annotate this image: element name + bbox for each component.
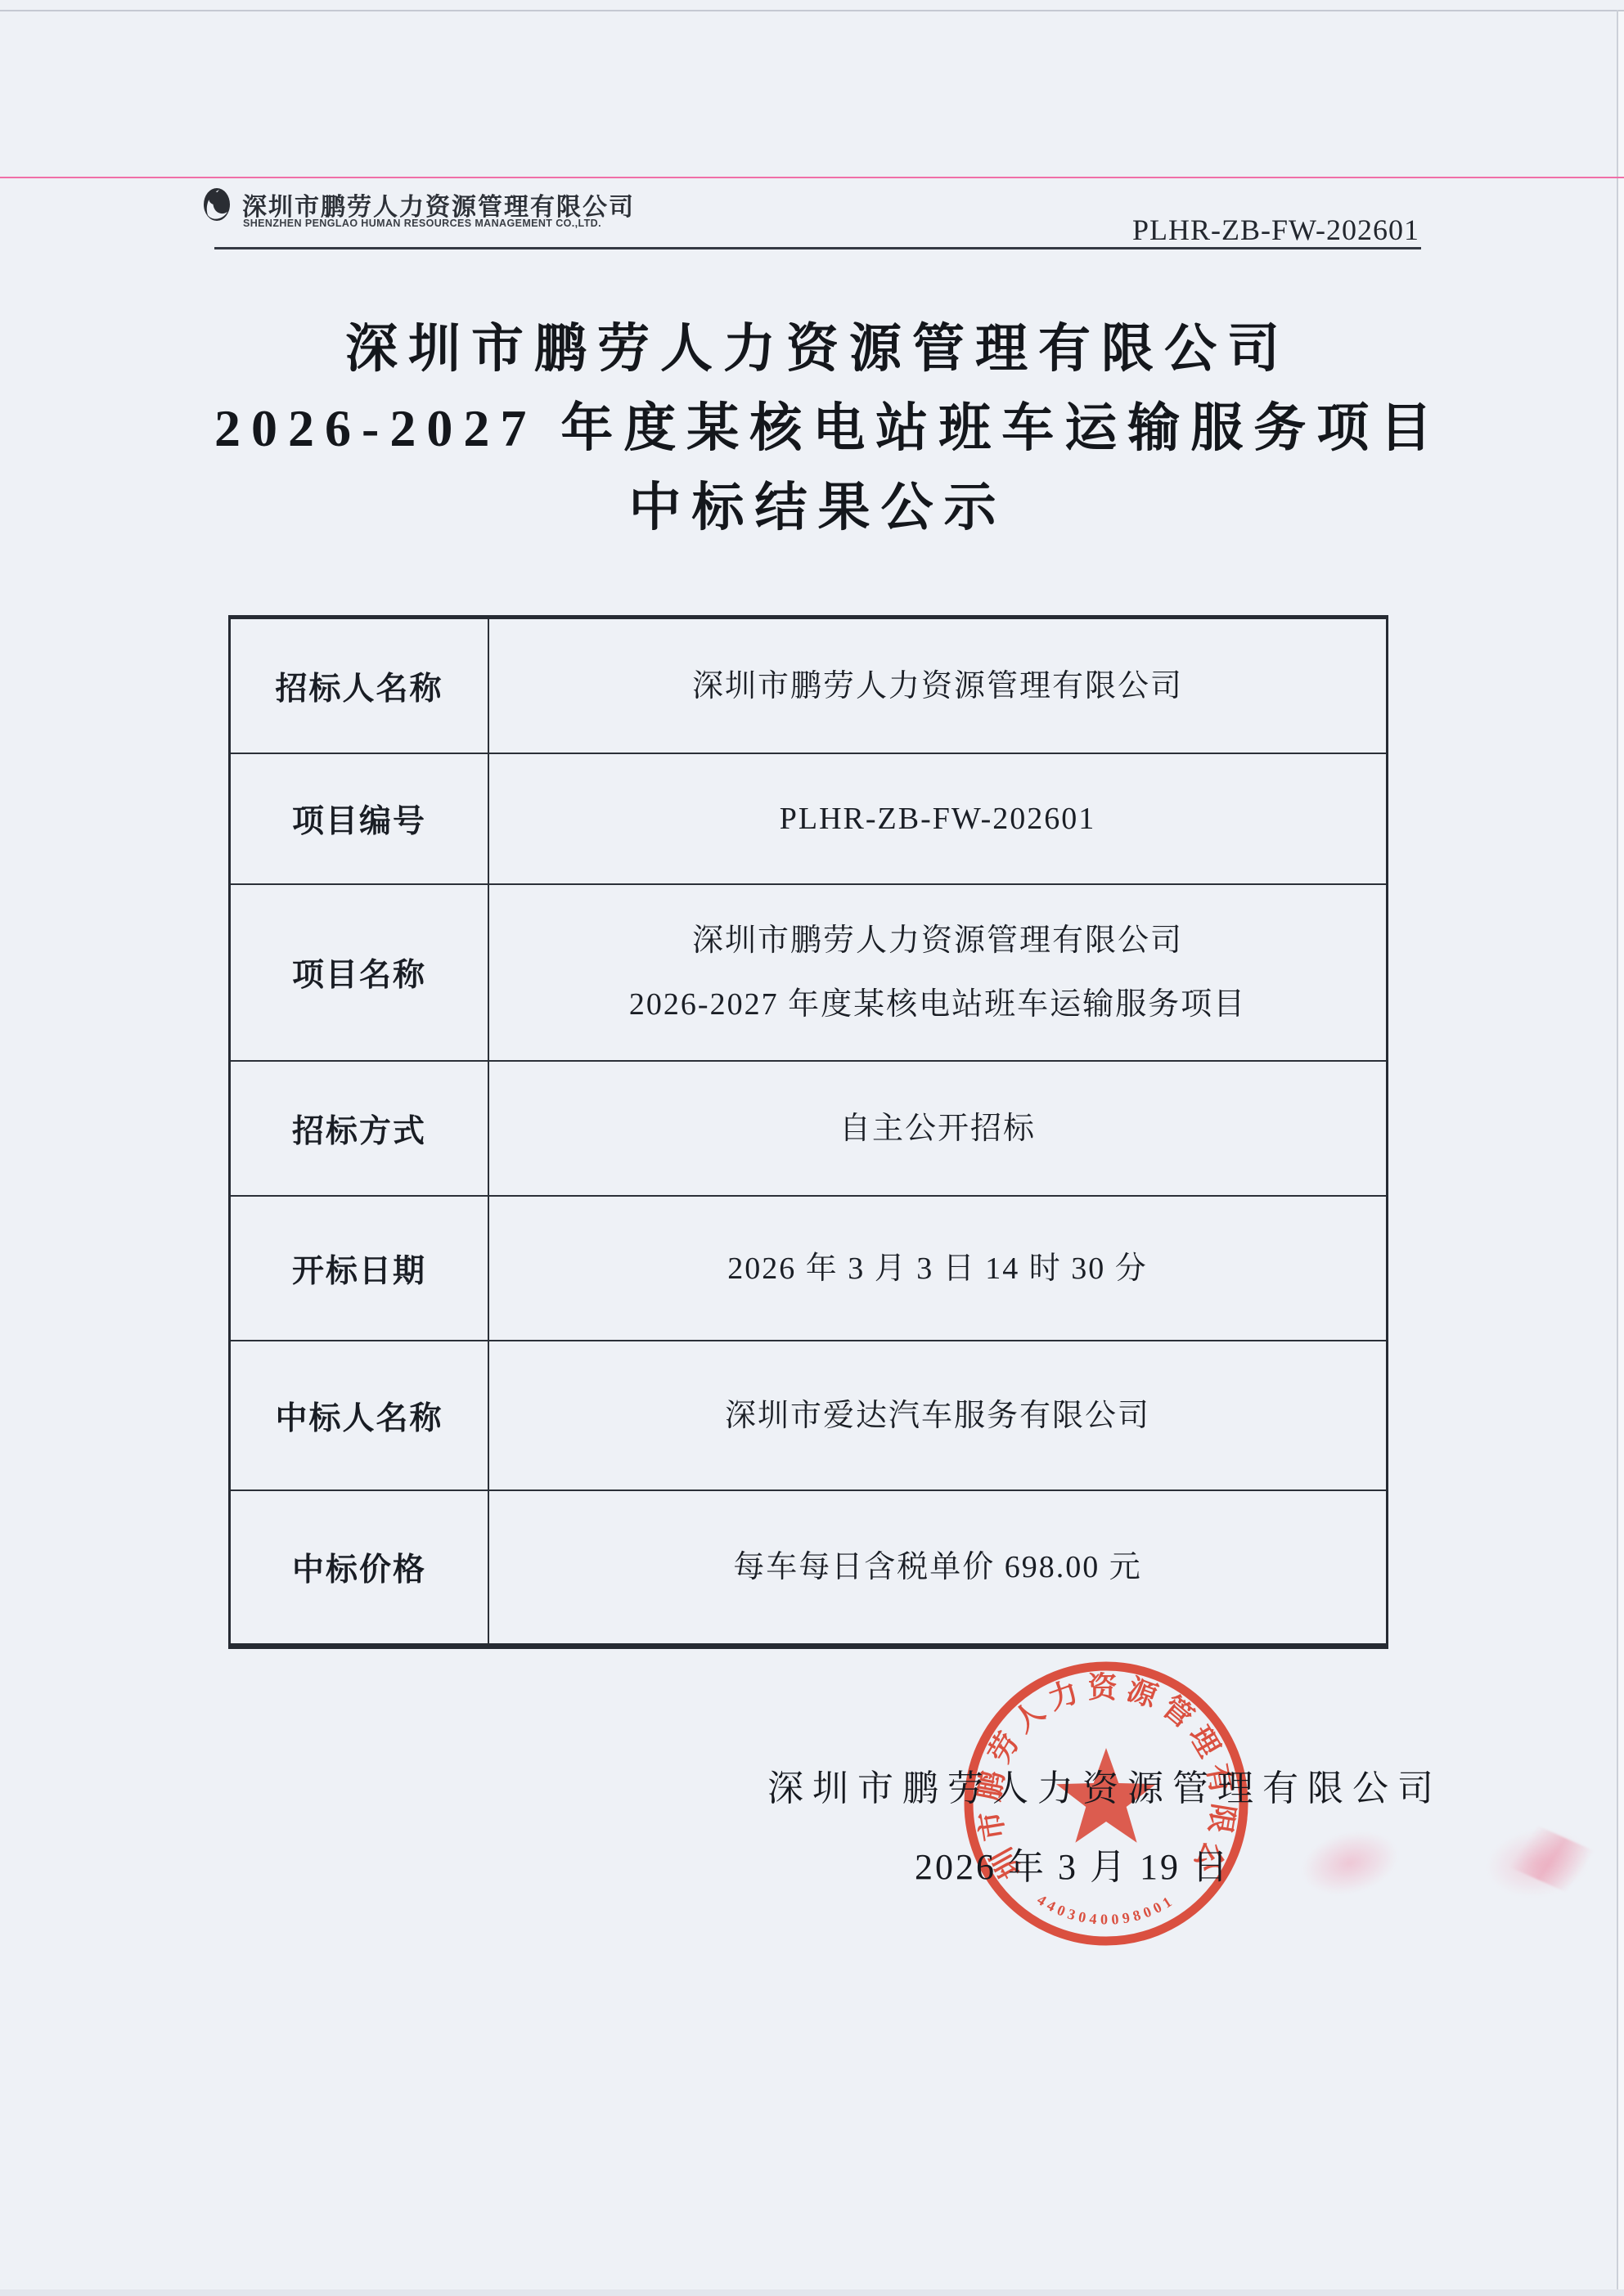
row-value: 自主公开招标 xyxy=(839,1097,1036,1161)
bid-result-table: 招标人名称 深圳市鹏劳人力资源管理有限公司 项目编号 PLHR-ZB-FW-20… xyxy=(228,615,1388,1649)
row-label: 开标日期 xyxy=(231,1197,489,1340)
row-value-line-2: 2026-2027 年度某核电站班车运输服务项目 xyxy=(629,973,1246,1036)
table-row-project-number: 项目编号 PLHR-ZB-FW-202601 xyxy=(231,753,1386,883)
header-divider-line xyxy=(214,247,1421,249)
scan-edge-strip xyxy=(1618,10,1624,2296)
table-row-bidder-name: 招标人名称 深圳市鹏劳人力资源管理有限公司 xyxy=(231,619,1386,753)
row-value: 2026 年 3 月 3 日 14 时 30 分 xyxy=(727,1237,1148,1301)
row-label: 中标人名称 xyxy=(231,1341,489,1489)
page-title: 深圳市鹏劳人力资源管理有限公司 2026-2027 年度某核电站班车运输服务项目… xyxy=(214,309,1421,547)
scan-top-edge-line xyxy=(0,10,1624,11)
document-number: PLHR-ZB-FW-202601 xyxy=(1064,213,1419,247)
table-row-opening-date: 开标日期 2026 年 3 月 3 日 14 时 30 分 xyxy=(231,1195,1386,1340)
row-label: 中标价格 xyxy=(231,1491,489,1643)
svg-text:4403040098001: 4403040098001 xyxy=(1034,1891,1177,1928)
signature-company-name: 深圳市鹏劳人力资源管理有限公司 xyxy=(767,1759,1442,1811)
row-label: 招标人名称 xyxy=(231,619,489,753)
signature-date: 2026 年 3 月 19 日 xyxy=(915,1837,1230,1889)
seal-residue-mark xyxy=(1272,1804,1428,1921)
row-value: 每车每日含税单价 698.00 元 xyxy=(733,1535,1142,1599)
row-value-line-1: 深圳市鹏劳人力资源管理有限公司 xyxy=(692,909,1183,973)
page-title-line-2: 2026-2027 年度某核电站班车运输服务项目 xyxy=(214,389,1421,468)
page-title-line-1: 深圳市鹏劳人力资源管理有限公司 xyxy=(214,309,1421,389)
row-label: 招标方式 xyxy=(231,1062,489,1195)
penglao-logo-icon xyxy=(203,187,231,222)
scan-bottom-edge xyxy=(0,2289,1624,2296)
row-label: 项目名称 xyxy=(231,885,489,1060)
row-value: 深圳市爱达汽车服务有限公司 xyxy=(725,1384,1150,1448)
seal-code-text: 4403040098001 xyxy=(1034,1891,1177,1928)
table-row-bid-method: 招标方式 自主公开招标 xyxy=(231,1060,1386,1195)
row-value: PLHR-ZB-FW-202601 xyxy=(780,787,1096,851)
scanned-document-page: { "page": { "background_color": "#eef1f6… xyxy=(0,0,1624,2296)
table-row-winning-price: 中标价格 每车每日含税单价 698.00 元 xyxy=(231,1489,1386,1643)
table-row-winner-name: 中标人名称 深圳市爱达汽车服务有限公司 xyxy=(231,1340,1386,1489)
table-row-project-name: 项目名称 深圳市鹏劳人力资源管理有限公司 2026-2027 年度某核电站班车运… xyxy=(231,883,1386,1060)
page-title-line-3: 中标结果公示 xyxy=(214,468,1421,547)
scan-right-edge-line xyxy=(1617,10,1618,2296)
pink-horizontal-line xyxy=(0,177,1624,178)
row-value: 深圳市鹏劳人力资源管理有限公司 xyxy=(692,654,1183,718)
row-label: 项目编号 xyxy=(231,754,489,883)
header-company-name-en: SHENZHEN PENGLAO HUMAN RESOURCES MANAGEM… xyxy=(243,218,601,229)
